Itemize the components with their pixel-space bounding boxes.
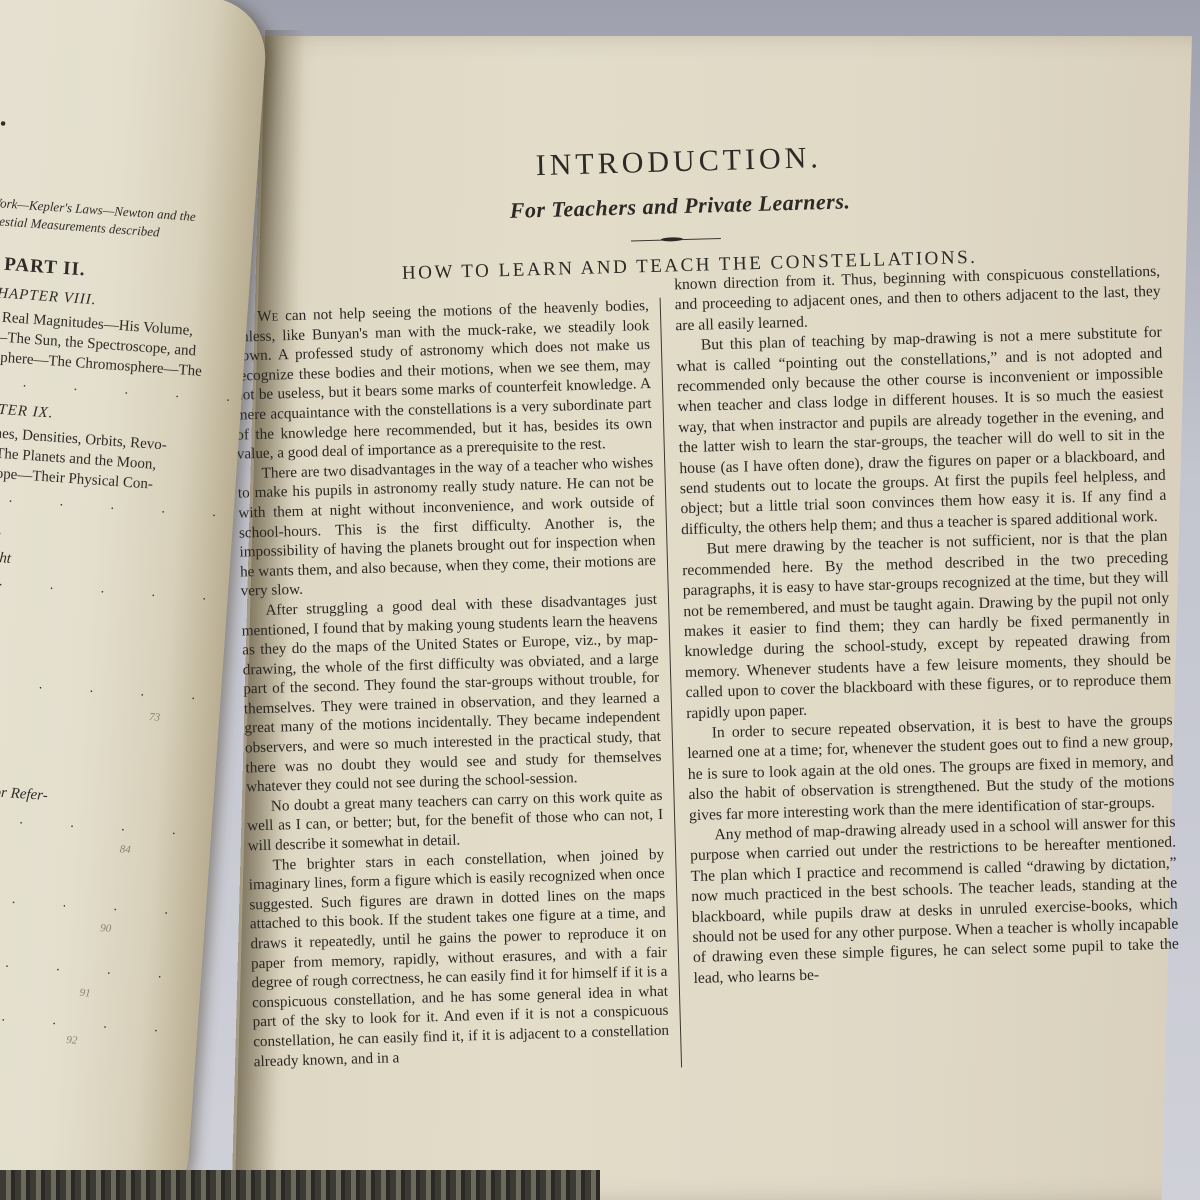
paragraph-text: can not help seeing the motions of the h… xyxy=(233,297,652,463)
paragraph: Any method of map-drawing already used i… xyxy=(689,813,1179,990)
page-number: 73 xyxy=(149,711,161,724)
paragraph: The brighter stars in each constellation… xyxy=(248,844,670,1071)
page-number: 84 xyxy=(119,843,131,856)
chapter-heading: CHAPTER VIII. xyxy=(0,285,97,310)
page-title: INTRODUCTION. xyxy=(508,140,849,183)
chapter-heading: TER X. xyxy=(0,519,4,539)
right-page-content: INTRODUCTION. For Teachers and Private L… xyxy=(218,114,1186,1140)
part-heading: PART II. xyxy=(3,254,86,282)
page-subtitle: For Teachers and Private Learners. xyxy=(460,187,901,225)
paragraph: But mere drawing by the teacher is not s… xyxy=(681,527,1172,724)
text-column-right: known direction from it. Thus, beginning… xyxy=(674,262,1180,990)
paragraph: In order to secure repeated observation,… xyxy=(686,711,1175,827)
cloth-background xyxy=(0,1170,600,1200)
leader-dots: . . . . . . . xyxy=(0,1002,231,1041)
ornamental-rule xyxy=(631,238,721,242)
toc-line: y arranged for Refer- xyxy=(0,779,48,805)
page-number: 91 xyxy=(79,987,91,1000)
toc-heading-fragment: S. xyxy=(0,100,8,133)
leader-dots: . . . . . . . xyxy=(0,948,235,987)
toc-line: acal Light xyxy=(0,547,12,568)
leader-dots: . . . . . . . xyxy=(0,487,269,526)
page-number: 92 xyxy=(66,1034,78,1047)
drop-cap-word: We xyxy=(257,307,279,325)
text-column-left: We can not help seeing the motions of th… xyxy=(233,296,670,1071)
paragraph: There are two disadvantages in the way o… xyxy=(237,453,657,602)
paragraph: We can not help seeing the motions of th… xyxy=(233,296,653,464)
chapter-heading: HAPTER IX. xyxy=(0,399,54,422)
paragraph: But this plan of teaching by map-drawing… xyxy=(676,323,1168,541)
paragraph: After struggling a good deal with these … xyxy=(241,590,662,797)
page-number: 90 xyxy=(100,922,112,935)
